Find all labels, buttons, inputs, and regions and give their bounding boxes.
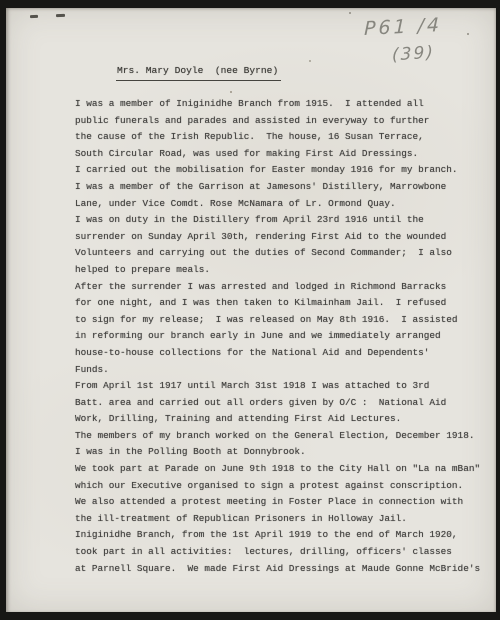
text-line: We took part at Parade on June 9th 1918 … — [75, 461, 485, 478]
archival-page-number: (39) — [392, 42, 435, 65]
text-line: After the surrender I was arrested and l… — [75, 279, 485, 296]
text-line: which our Executive organised to sign a … — [75, 478, 485, 495]
document-title: Mrs. Mary Doyle (nee Byrne) — [116, 65, 281, 81]
scanned-document-screenshot: { "annotations": { "reference_code": "P6… — [0, 0, 500, 620]
scan-speck — [309, 60, 311, 62]
text-line: for one night, and I was then taken to K… — [75, 295, 485, 312]
text-line: Work, Drilling, Training and attending F… — [75, 411, 485, 428]
text-line: I was in the Polling Booth at Donnybrook… — [75, 444, 485, 461]
document-body: I was a member of Iniginidhe Branch from… — [75, 96, 485, 577]
document-page: P61 /4 (39) Mrs. Mary Doyle (nee Byrne) … — [6, 8, 496, 612]
document-title-text: Mrs. Mary Doyle (nee Byrne) — [116, 65, 281, 81]
text-line: house-to-house collections for the Natio… — [75, 345, 485, 362]
text-line: Iniginidhe Branch, from the 1st April 19… — [75, 527, 485, 544]
text-line: I was on duty in the Distillery from Apr… — [75, 212, 485, 229]
text-line: I was a member of the Garrison at Jameso… — [75, 179, 485, 196]
text-line: the ill-treatment of Republican Prisoner… — [75, 511, 485, 528]
pen-dash-mark — [56, 14, 65, 17]
text-line: Volunteers and carrying out the duties o… — [75, 245, 485, 262]
text-line: I carried out the mobilisation for Easte… — [75, 162, 485, 179]
text-line: public funerals and parades and assisted… — [75, 113, 485, 130]
text-line: South Circular Road, was used for making… — [75, 146, 485, 163]
text-line: Lane, under Vice Comdt. Rose McNamara of… — [75, 196, 485, 213]
text-line: From April 1st 1917 until March 31st 191… — [75, 378, 485, 395]
pen-dash-mark — [30, 15, 38, 18]
text-line: to sign for my release; I was released o… — [75, 312, 485, 329]
text-line: The members of my branch worked on the G… — [75, 428, 485, 445]
archival-reference-code: P61 /4 — [364, 14, 442, 40]
scan-speck — [349, 12, 351, 14]
text-line: We also attended a protest meeting in Fo… — [75, 494, 485, 511]
text-line: helped to prepare meals. — [75, 262, 485, 279]
text-line: took part in all activities: lectures, d… — [75, 544, 485, 561]
scan-speck — [230, 91, 232, 93]
text-line: surrender on Sunday April 30th, renderin… — [75, 229, 485, 246]
scan-frame: P61 /4 (39) Mrs. Mary Doyle (nee Byrne) … — [0, 0, 500, 620]
scan-speck — [467, 33, 469, 35]
text-line: in reforming our branch early in June an… — [75, 328, 485, 345]
text-line: Batt. area and carried out all orders gi… — [75, 395, 485, 412]
text-line: the cause of the Irish Republic. The hou… — [75, 129, 485, 146]
text-line: at Parnell Square. We made First Aid Dre… — [75, 561, 485, 578]
text-line: I was a member of Iniginidhe Branch from… — [75, 96, 485, 113]
text-line: Funds. — [75, 362, 485, 379]
